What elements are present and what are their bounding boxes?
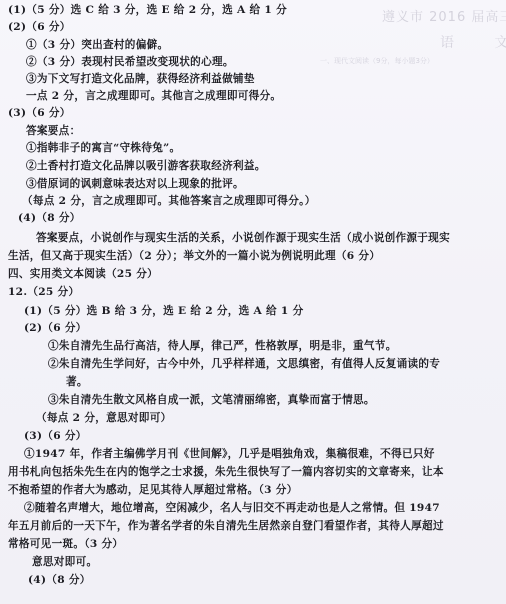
bleed-through-section: 一、现代文阅读（9分，每小题3分） — [320, 56, 434, 66]
question-12-header: 12.（25 分） — [8, 286, 79, 299]
q-part2-header: (2)（6 分） — [8, 21, 71, 34]
section-four-heading: 四、实用类文本阅读（25 分） — [8, 268, 158, 281]
q-part4-answer-line1: 答案要点，小说创作与现实生活的关系，小说创作源于现实生活（成小说创作源于现实 — [36, 232, 450, 245]
q12-part3-point2-line2: 年五月前后的一天下午，作为著名学者的朱自清先生居然亲自登门看望作者，其待人厚超过 — [8, 520, 444, 533]
q12-part2-point3: ③朱自清先生散文风格自成一派，文笔清丽绵密，真挚而富于情思。 — [48, 394, 375, 407]
q12-part3-point1-line2: 用书札向包括朱先生在内的饱学之士求援，朱先生很快写了一篇内容切实的文章寄来，让本 — [8, 466, 444, 479]
q-part4-header: (4)（8 分） — [18, 212, 81, 225]
bleed-through-title: 遵义市 2016 届高三年 — [382, 6, 506, 25]
q12-part3-header: (3)（6 分） — [24, 430, 87, 443]
q-part3-point2: ②土香村打造文化品牌以吸引游客获取经济利益。 — [26, 160, 266, 173]
q-part3-point1: ①指韩非子的寓言“守株待兔”。 — [26, 142, 180, 155]
q12-part2-point2: ②朱自清先生学问好，古今中外，几乎样样通，文思缜密，有值得人反复诵读的专 — [48, 358, 440, 371]
q-part2-point1: ①（3 分）突出查村的偏僻。 — [26, 39, 168, 52]
q12-part4-header: (4)（8 分） — [28, 574, 91, 587]
q12-part2-point1: ①朱自清先生品行高洁，待人厚，律己严，性格敦厚，明是非，重气节。 — [48, 340, 397, 353]
q12-part2-point2-cont: 著。 — [66, 376, 88, 389]
q12-part3-scoring: 意思对即可。 — [32, 556, 97, 569]
bleed-through-subtitle: 语 文 — [440, 32, 506, 52]
q-part3-point3: ③借原词的讽刺意味表达对以上现象的批评。 — [26, 178, 244, 191]
q12-part1-answer: (1)（5 分）选 B 给 3 分，选 E 给 2 分，选 A 给 1 分 — [24, 305, 304, 318]
q-part3-key-points: 答案要点： — [26, 125, 80, 138]
q12-part3-point2-line3: 常格可见一斑。（3 分） — [8, 538, 123, 551]
q-part3-header: (3)（6 分） — [8, 107, 71, 120]
q12-part2-header: (2)（6 分） — [24, 322, 87, 335]
q12-part2-scoring: （每点 2 分，意思对即可） — [36, 412, 171, 425]
q-part2-point3: ③为下文写打造文化品牌，获得经济利益做铺垫 — [26, 73, 255, 86]
q-part2-scoring: 一点 2 分，言之成理即可。其他言之成理即可得分。 — [26, 90, 281, 103]
q-part3-scoring: （每点 2 分，言之成理即可。其他答案言之成理即可得分。） — [22, 195, 316, 208]
q-part1-answer: (1)（5 分）选 C 给 3 分，选 E 给 2 分，选 A 给 1 分 — [8, 4, 287, 17]
q-part2-point2: ②（3 分）表现村民希望改变现状的心理。 — [26, 56, 234, 69]
q-part4-answer-line2: 生活，但又高于现实生活）（2 分）；举文外的一篇小说为例说明此理（6 分） — [8, 250, 380, 263]
q12-part3-point2-line1: ②随着名声增大，地位增高，空闲减少，名人与旧交不再走动也是人之常情。但 1947 — [24, 502, 440, 515]
q12-part3-point1-line1: ①1947 年，作者主编佛学月刊《世间解》，几乎是唱独角戏，集稿很难，不得已只好 — [24, 448, 435, 461]
q12-part3-point1-line3: 不抱希望的作者大为感动，足见其待人厚超过常格。（3 分） — [8, 484, 298, 497]
scanned-answer-page: 遵义市 2016 届高三年 语 文 一、现代文阅读（9分，每小题3分） (1)（… — [0, 0, 506, 604]
